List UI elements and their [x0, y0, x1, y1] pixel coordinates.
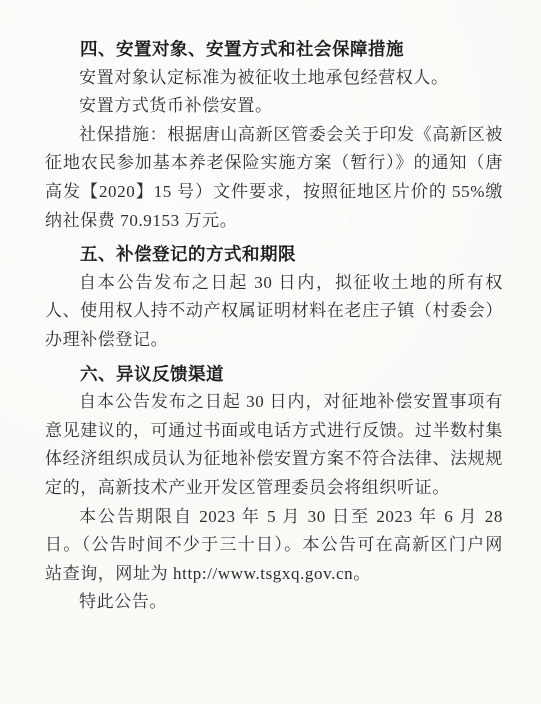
paragraph: 自本公告发布之日起 30 日内，拟征收土地的所有权人、使用权人持不动产权属证明材… [45, 269, 503, 355]
paragraph: 自本公告发布之日起 30 日内，对征地补偿安置事项有意见建议的，可通过书面或电话… [45, 388, 503, 502]
paragraph: 安置方式货币补偿安置。 [45, 92, 503, 121]
section-compensation-registration: 五、补偿登记的方式和期限 自本公告发布之日起 30 日内，拟征收土地的所有权人、… [45, 240, 503, 354]
section-heading: 五、补偿登记的方式和期限 [45, 240, 503, 269]
paragraph: 本公告期限自 2023 年 5 月 30 日至 2023 年 6 月 28 日。… [45, 503, 503, 589]
scanned-announcement-page: 四、安置对象、安置方式和社会保障措施 安置对象认定标准为被征收土地承包经营权人。… [0, 0, 541, 704]
paragraph: 社保措施：根据唐山高新区管委会关于印发《高新区被征地农民参加基本养老保险实施方案… [45, 121, 503, 235]
section-heading: 四、安置对象、安置方式和社会保障措施 [45, 35, 503, 64]
section-resettlement-measures: 四、安置对象、安置方式和社会保障措施 安置对象认定标准为被征收土地承包经营权人。… [45, 35, 503, 235]
section-heading: 六、异议反馈渠道 [45, 360, 503, 389]
paragraph: 安置对象认定标准为被征收土地承包经营权人。 [45, 64, 503, 93]
announcement-body: 四、安置对象、安置方式和社会保障措施 安置对象认定标准为被征收土地承包经营权人。… [45, 35, 503, 617]
closing-statement: 特此公告。 [45, 588, 503, 617]
section-objection-feedback: 六、异议反馈渠道 自本公告发布之日起 30 日内，对征地补偿安置事项有意见建议的… [45, 360, 503, 617]
